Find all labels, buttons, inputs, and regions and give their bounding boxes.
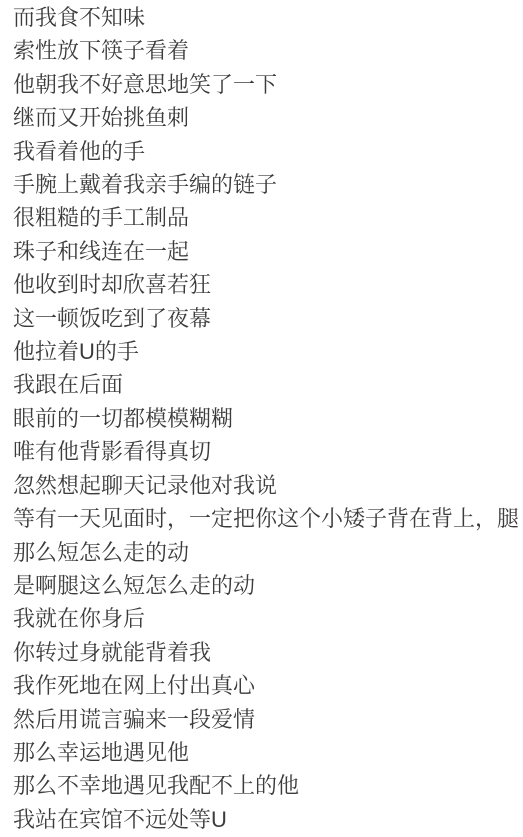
text-line: 而我食不知味 [13, 1, 519, 34]
text-line: 很粗糙的手工制品 [13, 201, 519, 234]
text-line: 忽然想起聊天记录他对我说 [13, 469, 519, 502]
text-line: 我站在宾馆不远处等U [13, 803, 519, 836]
text-line: 那么幸运地遇见他 [13, 736, 519, 769]
text-line: 珠子和线连在一起 [13, 235, 519, 268]
text-line: 我就在你身后 [13, 602, 519, 635]
text-line: 他朝我不好意思地笑了一下 [13, 68, 519, 101]
text-line: 这一顿饭吃到了夜幕 [13, 302, 519, 335]
text-line: 他拉着U的手 [13, 335, 519, 368]
text-line: 我跟在后面 [13, 368, 519, 401]
text-line: 你转过身就能背着我 [13, 636, 519, 669]
text-line: 眼前的一切都模模糊糊 [13, 402, 519, 435]
text-line: 我看着他的手 [13, 135, 519, 168]
text-line: 等有一天见面时，一定把你这个小矮子背在背上，腿 [13, 502, 519, 535]
text-line: 唯有他背影看得真切 [13, 435, 519, 468]
text-line: 是啊腿这么短怎么走的动 [13, 569, 519, 602]
text-lines: 而我食不知味 索性放下筷子看着 他朝我不好意思地笑了一下 继而又开始挑鱼刺 我看… [13, 1, 519, 836]
text-line: 他收到时却欣喜若狂 [13, 268, 519, 301]
text-line: 那么短怎么走的动 [13, 536, 519, 569]
text-line: 索性放下筷子看着 [13, 34, 519, 67]
text-line: 我作死地在网上付出真心 [13, 669, 519, 702]
text-document: 而我食不知味 索性放下筷子看着 他朝我不好意思地笑了一下 继而又开始挑鱼刺 我看… [0, 0, 523, 837]
text-line: 继而又开始挑鱼刺 [13, 101, 519, 134]
text-line: 手腕上戴着我亲手编的链子 [13, 168, 519, 201]
text-line: 然后用谎言骗来一段爱情 [13, 703, 519, 736]
text-line: 那么不幸地遇见我配不上的他 [13, 769, 519, 802]
